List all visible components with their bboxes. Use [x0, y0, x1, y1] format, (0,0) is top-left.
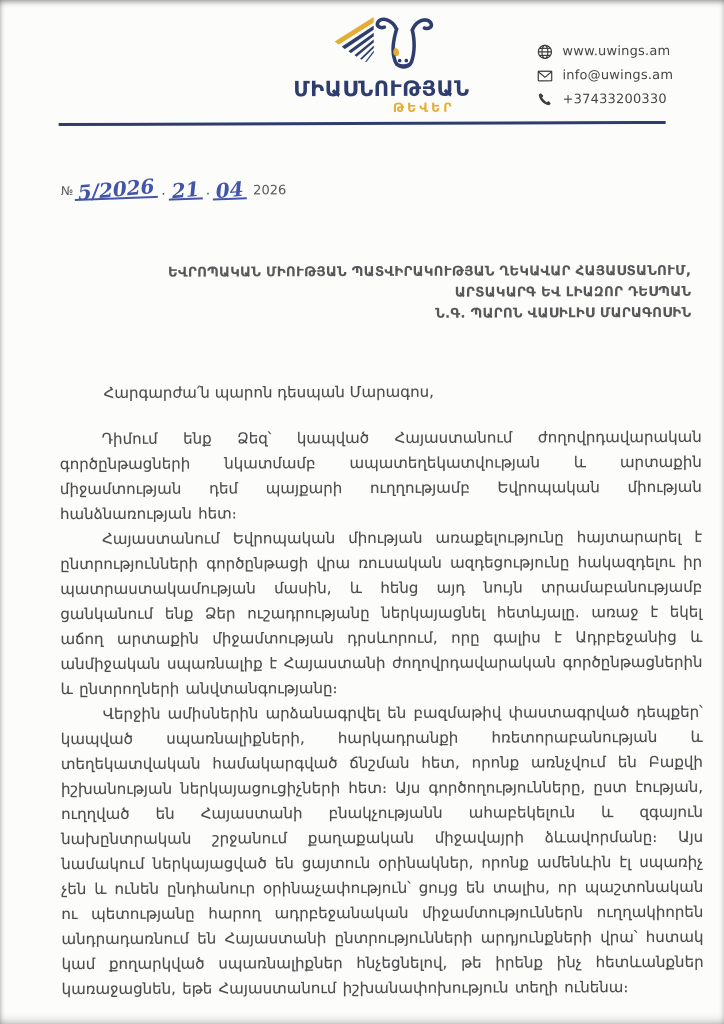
envelope-icon	[536, 67, 553, 84]
recipient-line-3: Ն.Գ. ՊԱՐՈՆ ՎԱՍԻԼԻՍ ՄԱՐԱԳՈՍԻՆ	[71, 303, 691, 326]
contact-website: www.uwings.am	[536, 43, 704, 61]
reference-year: 2026	[253, 183, 286, 198]
body-paragraph-2: Հայաստանում Եվրոպական միության առաքելութ…	[60, 525, 703, 702]
org-subname: ԹԵՎԵՐ	[287, 100, 477, 117]
reference-number-blank: 5/2026	[75, 176, 159, 201]
org-name: ՄԻԱՍՆՈՒԹՅԱՆ	[286, 78, 476, 101]
body-paragraph-3: Վերջին ամիսներին արձանագրվել են բազմաթիվ…	[61, 700, 704, 1002]
reference-number-handwritten: 5/2026	[77, 177, 155, 202]
reference-day-blank: 21	[168, 177, 203, 200]
phone-icon	[537, 91, 554, 108]
recipient-line-1: ԵՎՐՈՊԱԿԱՆ ՄԻՈՒԹՅԱՆ ՊԱՏՎԻՐԱԿՈՒԹՅԱՆ ՂԵԿԱՎԱ…	[71, 261, 691, 284]
reference-month-handwritten: 04	[215, 180, 244, 200]
recipient-line-2: ԱՐՏԱԿԱՐԳ ԵՎ ԼԻԱԶՈՐ ԴԵՍՊԱՆ	[71, 282, 691, 305]
scanned-letter-page: ՄԻԱՍՆՈՒԹՅԱՆ ԹԵՎԵՐ www.uwings.am	[0, 0, 724, 1024]
salutation: Հարգարժա՛ն պարոն դեսպան Մարագոս,	[104, 379, 702, 406]
phone-text: +37433200330	[563, 92, 667, 107]
reference-month-blank: 04	[212, 177, 247, 200]
website-text: www.uwings.am	[562, 44, 670, 59]
contact-phone: +37433200330	[537, 91, 705, 109]
header-divider	[59, 121, 666, 126]
letter-body: Հարգարժա՛ն պարոն դեսպան Մարագոս, Դիմում …	[60, 379, 704, 1002]
reference-line: №5/2026.21.042026	[61, 178, 287, 219]
contact-email: info@uwings.am	[536, 67, 704, 85]
email-text: info@uwings.am	[562, 68, 673, 83]
body-paragraph-1: Դիմում ենք Ձեզ՝ կապված Հայաստանում ժողով…	[60, 425, 702, 527]
reference-dot-2: .	[206, 183, 211, 199]
winged-bull-logo-icon	[315, 12, 447, 78]
reference-no-label: №	[61, 184, 74, 198]
letter-sheet: ՄԻԱՍՆՈՒԹՅԱՆ ԹԵՎԵՐ www.uwings.am	[0, 0, 724, 1024]
reference-dot-1: .	[161, 183, 166, 199]
reference-day-handwritten: 21	[171, 180, 200, 200]
contact-block: www.uwings.am info@uwings.am +3743320033…	[536, 43, 704, 116]
logo: ՄԻԱՍՆՈՒԹՅԱՆ ԹԵՎԵՐ	[286, 12, 476, 117]
globe-icon	[536, 43, 553, 60]
recipient-block: ԵՎՐՈՊԱԿԱՆ ՄԻՈՒԹՅԱՆ ՊԱՏՎԻՐԱԿՈՒԹՅԱՆ ՂԵԿԱՎԱ…	[71, 261, 691, 326]
